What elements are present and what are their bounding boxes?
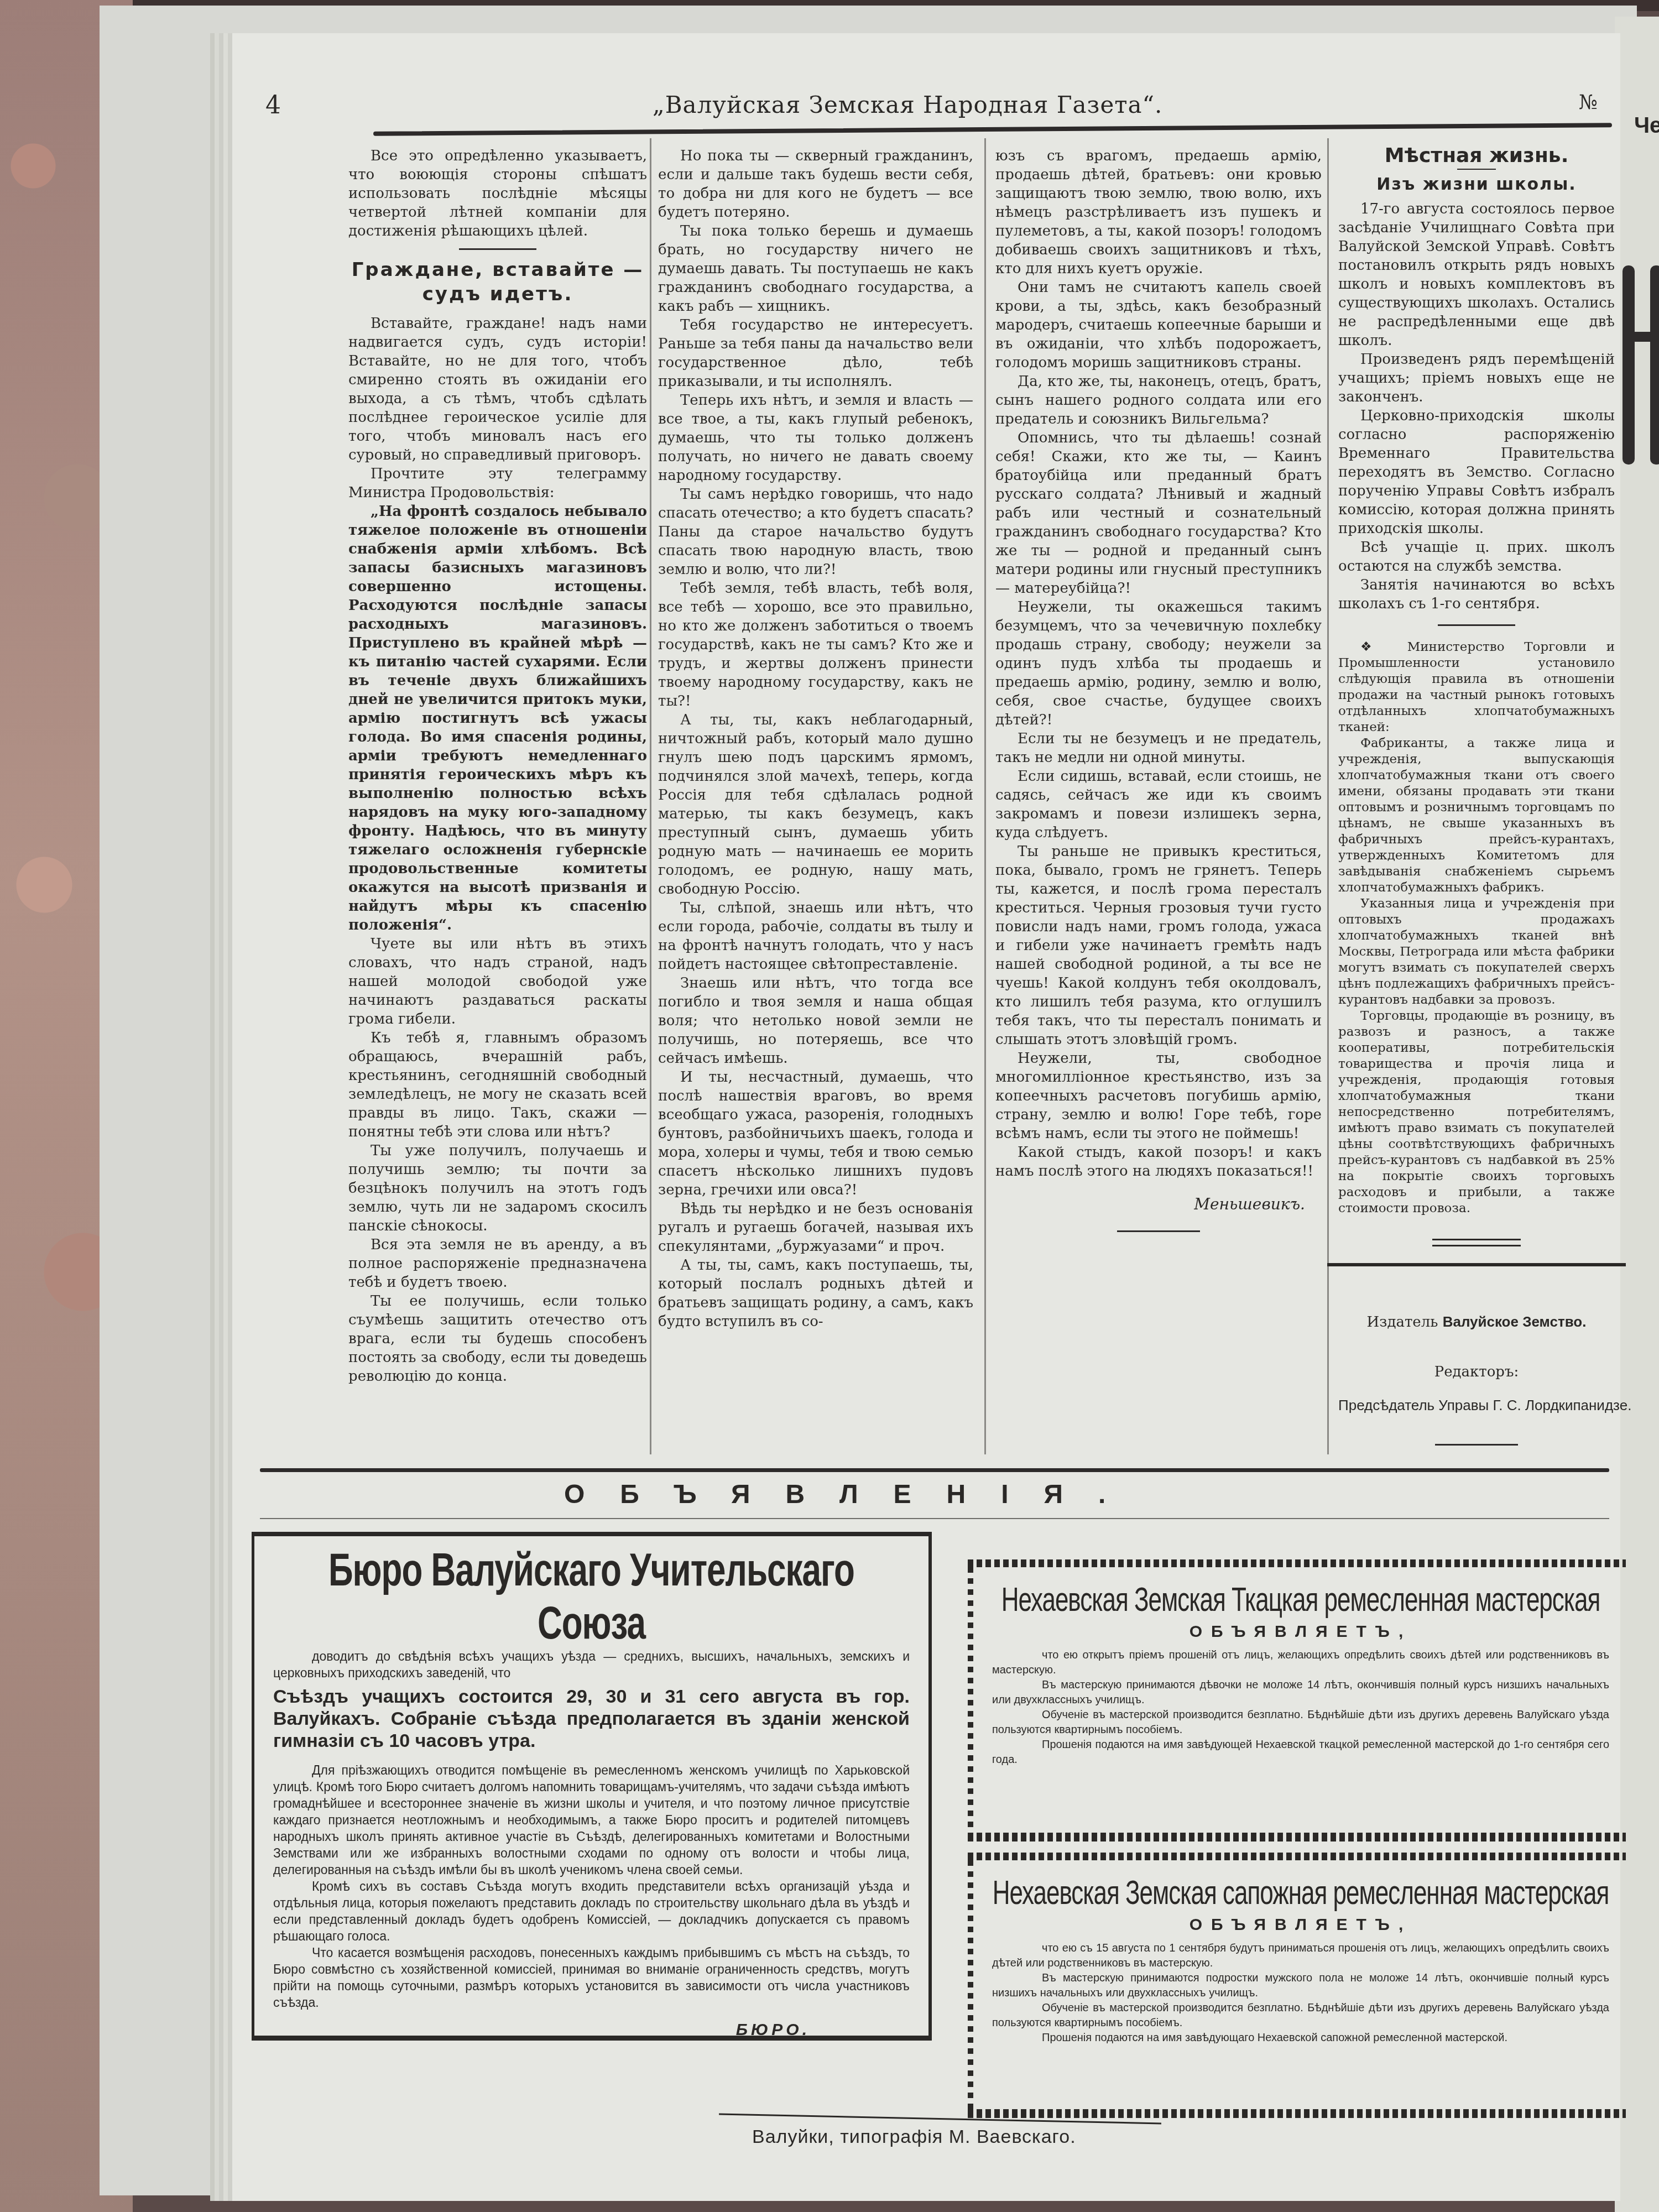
paragraph: А ты, ты, какъ неблагодарный, ничтожный …	[658, 711, 973, 899]
ad-paragraph: что ею съ 15 августа по 1 сентября будут…	[992, 1941, 1609, 1971]
publisher-name: Валуйское Земство.	[1443, 1313, 1587, 1330]
column-2: Но пока ты — скверный гражданинъ, если и…	[658, 147, 973, 1331]
ad-paragraph: Прошенія подаются на имя завѣдующаго Нех…	[992, 2031, 1609, 2046]
paragraph: Тебя государство не интересуетъ. Раньше …	[658, 316, 973, 391]
paragraph: Какой стыдъ, какой позоръ! и какъ намъ п…	[995, 1143, 1322, 1181]
ad-paragraph: что ею открытъ пріемъ прошеній отъ лицъ,…	[992, 1648, 1609, 1678]
editor-label: Редакторъ:	[1338, 1361, 1615, 1383]
ad-paragraph: Для пріѣзжающихъ отводится помѣщеніе въ …	[273, 1762, 910, 1878]
separator-rule	[1117, 1230, 1200, 1232]
ornamental-border	[968, 1567, 973, 1833]
paragraph: Если ты не безумецъ и не предатель, такъ…	[995, 729, 1322, 767]
ad-announces: ОБЪЯВЛЯЕТЪ,	[992, 1916, 1609, 1934]
editor-name: Предсѣдатель Управы Г. С. Лордкипанидзе.	[1338, 1394, 1615, 1416]
ad-weaving-workshop: Нехаевская Земская Ткацкая ремесленная м…	[968, 1559, 1626, 1841]
author-signature: Меньшевикъ.	[995, 1195, 1322, 1214]
separator-rule	[1457, 169, 1496, 170]
paragraph: юзъ съ врагомъ, предаешь армію, продаешь…	[995, 147, 1322, 278]
ad-title: Нехаевская Земская Ткацкая ремесленная м…	[992, 1580, 1609, 1619]
ad-paragraph: Кромѣ сихъ въ составъ Съѣзда могутъ вход…	[273, 1878, 910, 1944]
paragraph: Да, кто же, ты, наконецъ, отецъ, братъ, …	[995, 372, 1322, 429]
ad-signoff: БЮРО.	[273, 2021, 910, 2039]
ornamental-border	[968, 1860, 973, 2109]
paragraph: Но пока ты — скверный гражданинъ, если и…	[658, 147, 973, 222]
paragraph: Ты, слѣпой, знаешь или нѣтъ, что если го…	[658, 899, 973, 974]
article-headline: Изъ жизни школы.	[1338, 175, 1615, 194]
paragraph: Неужели, ты окажешься такимъ безумцемъ, …	[995, 598, 1322, 729]
paragraph: Занятія начинаются во всѣхъ школахъ съ 1…	[1338, 576, 1615, 613]
printer-imprint: Валуйки, типографія М. Ваевскаго.	[752, 2126, 1076, 2148]
paragraph: А ты, ты, самъ, какъ поступаешь, ты, кот…	[658, 1256, 973, 1331]
notice-paragraph: Торговцы, продающіе въ розницу, въ разво…	[1338, 1008, 1615, 1217]
publisher-line: Издатель Валуйское Земство.	[1338, 1311, 1615, 1333]
telegram-quote: „На фронтѣ создалось небывало тяжелое по…	[348, 502, 647, 935]
paragraph: Произведенъ рядъ перемѣщеній учащихъ; пр…	[1338, 350, 1615, 406]
column-divider	[650, 138, 651, 1454]
newspaper-title: „Валуйская Земская Народная Газета“.	[653, 91, 1162, 118]
paragraph: Вставайте, граждане! надъ нами надвигает…	[348, 314, 647, 465]
paragraph: Ты ее получишь, если только съумѣешь защ…	[348, 1292, 647, 1386]
ad-shoemaking-workshop: Нехаевская Земская сапожная ремесленная …	[968, 1853, 1626, 2118]
paragraph: И ты, несчастный, думаешь, что послѣ наш…	[658, 1068, 973, 1199]
notice-paragraph: Указанныя лица и учрежденія при оптовыхъ…	[1338, 896, 1615, 1008]
issue-number-mark: №	[1579, 91, 1598, 114]
adjacent-page-big-letter	[1621, 265, 1655, 465]
page-number: 4	[265, 91, 281, 119]
section-rule	[260, 1468, 1609, 1472]
section-rule	[260, 1518, 1609, 1519]
paragraph: Если сидишь, вставай, если стоишь, не са…	[995, 767, 1322, 842]
article-intro: Все это опредѣленно указываетъ, что воюю…	[348, 147, 647, 241]
notice-paragraph: Фабриканты, а также лица и учрежденія, в…	[1338, 735, 1615, 896]
ad-paragraph: Обученіе въ мастерской производится безп…	[992, 1708, 1609, 1738]
separator-rule	[1435, 1444, 1518, 1446]
paragraph: Они тамъ не считаютъ капель своей крови,…	[995, 278, 1322, 372]
paragraph: Неужели, ты, свободное многомилліонное к…	[995, 1049, 1322, 1143]
paragraph: Ты уже получилъ, получаешь и получишь зе…	[348, 1141, 647, 1235]
section-title-local-life: Мѣстная жизнь.	[1338, 147, 1615, 165]
separator-rule	[459, 248, 536, 250]
paragraph: Теперь ихъ нѣтъ, и земля и власть — все …	[658, 391, 973, 485]
article-headline: Граждане, вставайте — судъ идетъ.	[348, 258, 647, 306]
column-4: Мѣстная жизнь. Изъ жизни школы. 17-го ав…	[1338, 147, 1615, 1453]
paragraph: Ты раньше не привыкъ креститься, пока, б…	[995, 842, 1322, 1049]
ad-paragraph: Прошенія подаются на имя завѣдующей Неха…	[992, 1738, 1609, 1767]
ad-title: Нехаевская Земская сапожная ремесленная …	[992, 1874, 1609, 1912]
paragraph: Чуете вы или нѣтъ въ этихъ словахъ, что …	[348, 935, 647, 1029]
newspaper-page: 4 „Валуйская Земская Народная Газета“. №…	[0, 0, 1637, 2212]
paragraph: 17-го августа состоялось первое засѣдані…	[1338, 200, 1615, 350]
ad-paragraph: Въ мастерскую принимаются дѣвочки не мол…	[992, 1678, 1609, 1708]
paragraph: Прочтите эту телеграмму Министра Продово…	[348, 465, 647, 502]
column-3: юзъ съ врагомъ, предаешь армію, продаешь…	[995, 147, 1322, 1240]
paragraph: Ты самъ нерѣдко говоришь, что надо спаса…	[658, 485, 973, 579]
ad-title: Бюро Валуйскаго Учительскаго Союза	[273, 1543, 910, 1650]
paragraph: Всѣ учащіе ц. прих. школъ остаются на сл…	[1338, 538, 1615, 576]
ad-lead: доводитъ до свѣдѣнія всѣхъ учащихъ уѣзда…	[273, 1648, 910, 1681]
announcements-title: ОБЪЯВЛЕНІЯ.	[564, 1479, 1141, 1510]
paragraph: Знаешь или нѣтъ, что тогда все погибло и…	[658, 974, 973, 1068]
ad-paragraph: Обученіе въ мастерской производится безп…	[992, 2001, 1609, 2031]
notice-paragraph: ❖ Министерство Торговли и Промышленности…	[1338, 639, 1615, 735]
paragraph: Опомнись, что ты дѣлаешь! сознай себя! С…	[995, 429, 1322, 598]
paragraph: Ты пока только берешь и думаешь брать, н…	[658, 222, 973, 316]
column-1: Все это опредѣленно указываетъ, что воюю…	[348, 147, 647, 1386]
paragraph: Вѣдь ты нерѣдко и не безъ основанія руга…	[658, 1199, 973, 1256]
ad-announces: ОБЪЯВЛЯЕТЪ,	[992, 1623, 1609, 1641]
column-divider	[1327, 138, 1329, 1454]
ornament-icon: ❖	[1360, 640, 1407, 654]
paragraph: Церковно-приходскія школы согласно распо…	[1338, 406, 1615, 538]
ad-highlight: Съѣздъ учащихъ состоится 29, 30 и 31 сег…	[273, 1686, 910, 1752]
paragraph: Къ тебѣ я, главнымъ образомъ обращаюсь, …	[348, 1029, 647, 1141]
column-divider	[984, 138, 986, 1454]
paragraph: Тебѣ земля, тебѣ власть, тебѣ воля, все …	[658, 579, 973, 711]
adjacent-page-header: Чет	[1634, 113, 1659, 138]
ad-paragraph: Что касается возмѣщенія расходовъ, понес…	[273, 1944, 910, 2011]
ad-teachers-union-bureau: Бюро Валуйскаго Учительскаго Союза довод…	[252, 1532, 932, 2041]
separator-rule	[1438, 624, 1515, 626]
ad-paragraph: Въ мастерскую принимаются подростки мужс…	[992, 1971, 1609, 2001]
paragraph: Вся эта земля не въ аренду, а въ полное …	[348, 1235, 647, 1292]
